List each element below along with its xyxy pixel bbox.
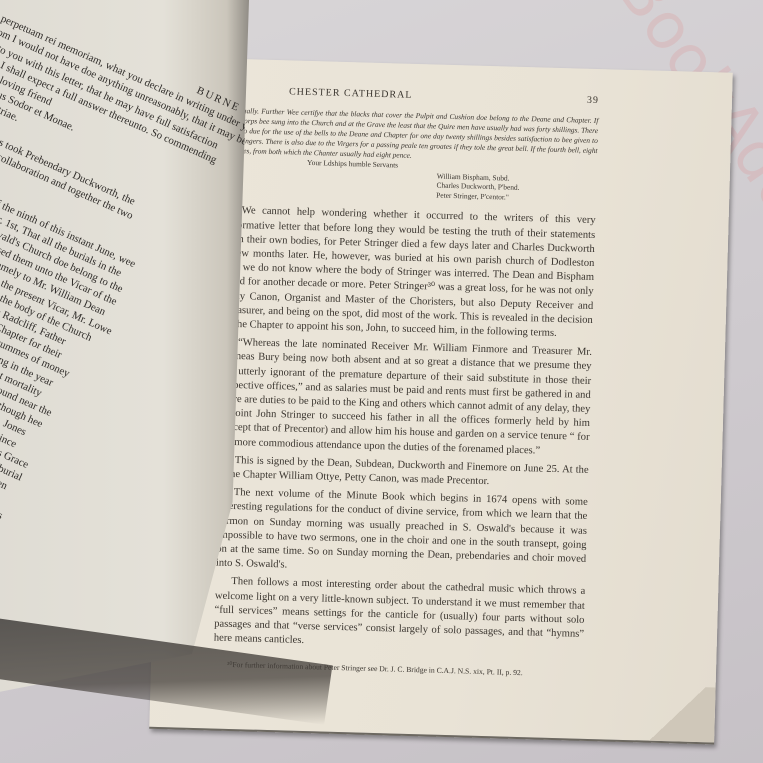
paragraph: Then follows a most interesting order ab…	[214, 575, 586, 656]
running-head-title: CHESTER CATHEDRAL	[289, 86, 413, 100]
quoted-letter: p'petually. Further Wee certifye that th…	[227, 106, 598, 166]
page-number: 39	[587, 95, 599, 106]
corner-fold	[639, 685, 716, 742]
paragraph: The next volume of the Minute Book which…	[216, 486, 588, 582]
paragraph: “Whereas the late nominated Receiver Mr.…	[219, 336, 592, 460]
paragraph: We cannot help wondering whether it occu…	[222, 204, 595, 342]
paragraph: This is signed by the Dean, Subdean, Duc…	[218, 453, 589, 492]
running-head: CHESTER CATHEDRAL 39	[229, 85, 599, 106]
page-content: CHESTER CATHEDRAL 39 p'petually. Further…	[213, 85, 599, 680]
body-text: We cannot help wondering whether it occu…	[214, 204, 596, 656]
